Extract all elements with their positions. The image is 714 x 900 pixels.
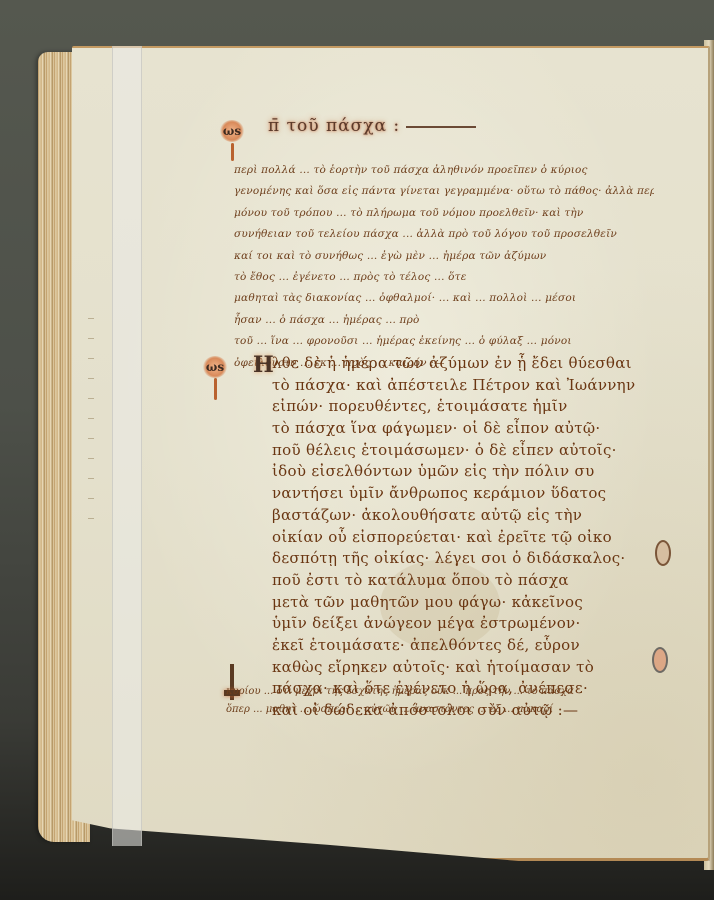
- commentary-line: μαθηταὶ τὰς διακονίας ... ὀφθαλμοί· ... …: [234, 288, 654, 309]
- text-line: ἐκεῖ ἑτοιμάσατε· ἀπελθόντες δέ, εὗρον: [272, 635, 652, 657]
- text-line: βαστάζων· ἀκολουθήσατε αὐτῷ εἰς τὴν: [272, 505, 652, 527]
- text-line: λθε δὲ ἡ ἡμέρα τῶν ἀζύμων ἐν ᾗ ἔδει θύεσ…: [272, 353, 652, 375]
- footnote-line: κυρίου ... ὅτι μέχρι τῆς ἐσχάτης ἡμέρας …: [226, 683, 666, 701]
- commentary-block: περὶ πολλά ... τὸ ἑορτὴν τοῦ πάσχα ἀληθι…: [234, 160, 654, 374]
- rubric-marker-top: ωs: [220, 120, 244, 142]
- ruling-prick-marks: [88, 300, 94, 520]
- decorated-initial: Η: [253, 352, 274, 378]
- text-line: μετὰ τῶν μαθητῶν μου φάγω· κἀκεῖνος: [272, 592, 652, 614]
- text-line: δεσπότῃ τῆς οἰκίας· λέγει σοι ὁ διδάσκαλ…: [272, 548, 652, 570]
- commentary-line: τὸ ἔθος ... ἐγένετο ... πρὸς τὸ τέλος ..…: [234, 267, 654, 288]
- text-line: ὑμῖν δείξει ἀνώγεον μέγα ἐστρωμένον·: [272, 613, 652, 635]
- lection-title: π̄ τοῦ πάσχα :: [268, 116, 476, 136]
- text-line: τὸ πάσχα ἵνα φάγωμεν· οἱ δὲ εἶπον αὐτῷ·: [272, 418, 652, 440]
- text-line: τὸ πάσχα· καὶ ἀπέστειλε Πέτρον καὶ Ἰωάνν…: [272, 375, 652, 397]
- commentary-line: περὶ πολλά ... τὸ ἑορτὴν τοῦ πάσχα ἀληθι…: [234, 160, 654, 181]
- rubric-marker-middle: ωs: [203, 356, 227, 378]
- text-line: καθὼς εἴρηκεν αὐτοῖς· καὶ ἡτοίμασαν τὸ: [272, 657, 652, 679]
- commentary-line: τοῦ ... ἵνα ... φρονοῦσι ... ἡμέρας ἐκεί…: [234, 331, 654, 352]
- rubric-stem-top: [231, 143, 234, 161]
- gospel-text-block: λθε δὲ ἡ ἡμέρα τῶν ἀζύμων ἐν ᾗ ἔδει θύεσ…: [272, 353, 652, 722]
- commentary-line: μόνου τοῦ τρόπου ... τὸ πλήρωμα τοῦ νόμο…: [234, 203, 654, 224]
- text-line: ποῦ ἐστι τὸ κατάλυμα ὅπου τὸ πάσχα: [272, 570, 652, 592]
- text-line: ποῦ θέλεις ἑτοιμάσωμεν· ὁ δὲ εἶπεν αὐτοῖ…: [272, 440, 652, 462]
- footnote-block: κυρίου ... ὅτι μέχρι τῆς ἐσχάτης ἡμέρας …: [226, 683, 666, 719]
- text-line: ἰδοὺ εἰσελθόντων ὑμῶν εἰς τὴν πόλιν συ: [272, 461, 652, 483]
- commentary-line: συνήθειαν τοῦ τελείου πάσχα ... ἀλλὰ πρὸ…: [234, 224, 654, 245]
- text-line: ναντήσει ὑμῖν ἄνθρωπος κεράμιον ὕδατος: [272, 483, 652, 505]
- commentary-line: γενομένης καὶ ὅσα εἰς πάντα γίνεται γεγρ…: [234, 181, 654, 202]
- commentary-line: καί τοι καὶ τὸ συνήθως ... ἐγὼ μὲν ... ἡ…: [234, 246, 654, 267]
- text-line: εἰπών· πορευθέντες, ἑτοιμάσατε ἡμῖν: [272, 396, 652, 418]
- marginal-sign-lower: [652, 647, 668, 673]
- guard-strip: [112, 46, 142, 846]
- photo-background: ωs π̄ τοῦ πάσχα : περὶ πολλά ... τὸ ἑορτ…: [0, 0, 714, 900]
- text-line: οἰκίαν οὗ εἰσπορεύεται· καὶ ἐρεῖτε τῷ οἰ…: [272, 527, 652, 549]
- commentary-line: ἦσαν ... ὁ πάσχα ... ἡμέρας ... πρὸ: [234, 310, 654, 331]
- marginal-sign-upper: [655, 540, 671, 566]
- footnote-line: ὅπερ ... μαθητ ... ὥσπερ· ... αὐτῶν ... …: [226, 701, 666, 719]
- rubric-stem-middle: [214, 378, 217, 400]
